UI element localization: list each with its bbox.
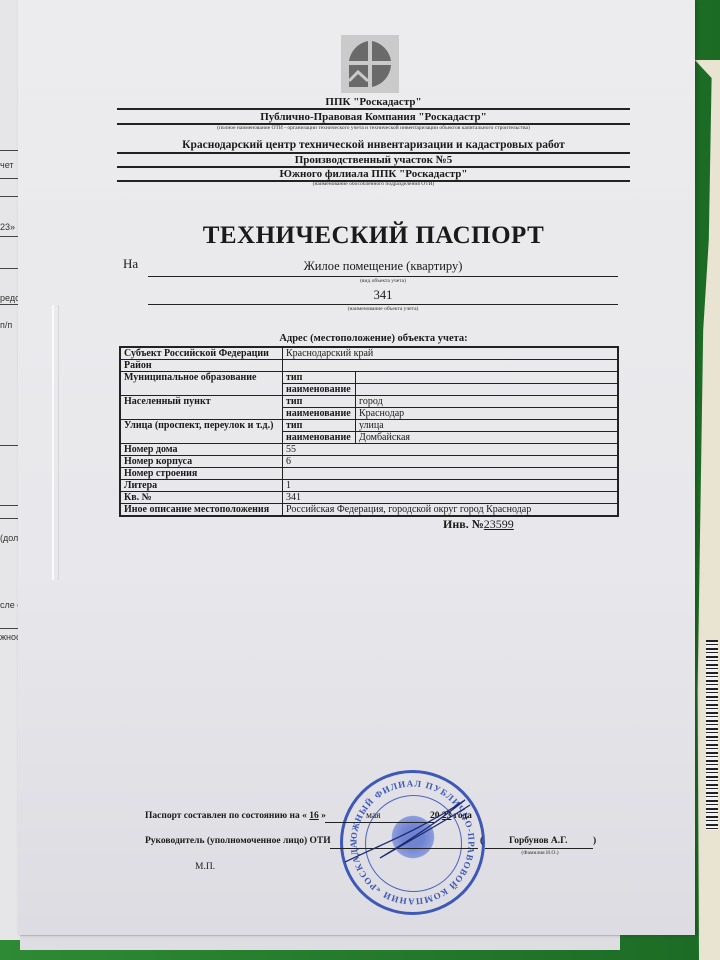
object-type-value: Жилое помещение (квартиру) [148,259,618,274]
close-paren: ) [593,836,596,846]
head-name: Горбунов А.Г. [509,836,567,846]
table-row: Номер строения [120,468,618,480]
row-label: Муниципальное образование [120,372,283,396]
row-label: Район [120,360,283,372]
table-row: Кв. № 341 [120,492,618,504]
sub-value [356,384,619,396]
table-row: Номер корпуса 6 [120,456,618,468]
section-name: Производственный участок №5 [117,154,630,166]
page-stack-edge [20,935,620,950]
row-value [283,468,619,480]
object-name-line [148,304,618,305]
table-row: Улица (проспект, переулок и т.д.) тип ул… [120,420,618,432]
org-full-caption: (полное наименование ОТИ - организации т… [117,125,630,131]
object-prefix: На [123,256,138,272]
fragment-text: п/п [0,320,12,330]
row-label: Улица (проспект, переулок и т.д.) [120,420,283,444]
sub-label: наименование [283,432,356,444]
sub-label: наименование [283,384,356,396]
object-type-caption: (вид объекта учета) [148,278,618,284]
day-suffix: » [321,811,326,821]
month-line [325,822,435,823]
binding-string [52,305,59,580]
year-suffix: года [454,811,472,821]
sub-label: тип [283,420,356,432]
sub-value: улица [356,420,619,432]
center-name: Краснодарский центр технической инвентар… [117,139,630,151]
inventory-number: Инв. №23599 [443,517,514,532]
head-label: Руководитель (уполномоченное лицо) ОТИ [145,836,331,846]
sub-value: Краснодар [356,408,619,420]
compiled-month: мая [366,811,381,821]
row-label: Номер корпуса [120,456,283,468]
fragment-text: редс [0,293,20,303]
inventory-label: Инв. № [443,517,484,531]
row-value: 55 [283,444,619,456]
address-table: Субъект Российской Федерации Краснодарск… [119,346,619,517]
object-name-caption: (наименование объекта учета) [148,306,618,312]
sub-value: Домбайская [356,432,619,444]
row-label: Номер дома [120,444,283,456]
fragment-text: 23» [0,222,15,232]
table-row: Субъект Российской Федерации Краснодарск… [120,347,618,360]
seal-label: М.П. [195,862,215,872]
inventory-value: 23599 [484,517,514,531]
row-value: 341 [283,492,619,504]
row-label: Субъект Российской Федерации [120,347,283,360]
branch-caption: (наименование обособленного подразделени… [117,181,630,187]
name-line [485,848,593,849]
row-label: Литера [120,480,283,492]
row-value: 6 [283,456,619,468]
row-value [283,360,619,372]
object-type-line [148,276,618,277]
open-paren: ( [480,836,483,846]
row-value: 1 [283,480,619,492]
org-full-name: Публично-Правовая Компания "Роскадастр" [117,111,630,123]
header-rule [117,108,630,110]
name-caption: (Фамилия И.О.) [495,850,585,856]
sub-label: тип [283,396,356,408]
table-row: Район [120,360,618,372]
compiled-date-line: Паспорт составлен по состоянию на « 16 » [145,811,326,821]
roskadastr-logo-icon [341,35,399,93]
year-value: 23 [442,811,452,821]
row-label: Иное описание местоположения [120,504,283,517]
branch-name: Южного филиала ППК "Роскадастр" [117,168,630,180]
compiled-prefix: Паспорт составлен по состоянию на « [145,811,307,821]
row-label: Кв. № [120,492,283,504]
sub-label: тип [283,372,356,384]
compiled-day: 16 [309,811,319,821]
table-row: Муниципальное образование тип [120,372,618,384]
sub-value: город [356,396,619,408]
org-short-name: ППК "Роскадастр" [117,96,630,108]
sub-label: наименование [283,408,356,420]
address-title: Адрес (местоположение) объекта учета: [117,333,630,344]
row-value: Краснодарский край [283,347,619,360]
barcode-sticker [706,640,718,830]
year-prefix: 20 [430,811,440,821]
table-row: Населенный пункт тип город [120,396,618,408]
document-title: ТЕХНИЧЕСКИЙ ПАСПОРТ [117,222,630,250]
row-value: Российская Федерация, городской округ го… [283,504,619,517]
fragment-text: чет [0,160,14,170]
table-row: Литера 1 [120,480,618,492]
table-row: Номер дома 55 [120,444,618,456]
sub-value [356,372,619,384]
row-label: Номер строения [120,468,283,480]
row-label: Населенный пункт [120,396,283,420]
table-row: Иное описание местоположения Российская … [120,504,618,517]
compiled-year: 20 23 года [430,811,472,821]
object-name-value: 341 [148,288,618,303]
official-seal-icon: ЮЖНЫЙ ФИЛИАЛ ПУБЛИЧНО-ПРАВОВОЙ КОМПАНИИ … [340,770,485,915]
signature-line [330,848,478,849]
